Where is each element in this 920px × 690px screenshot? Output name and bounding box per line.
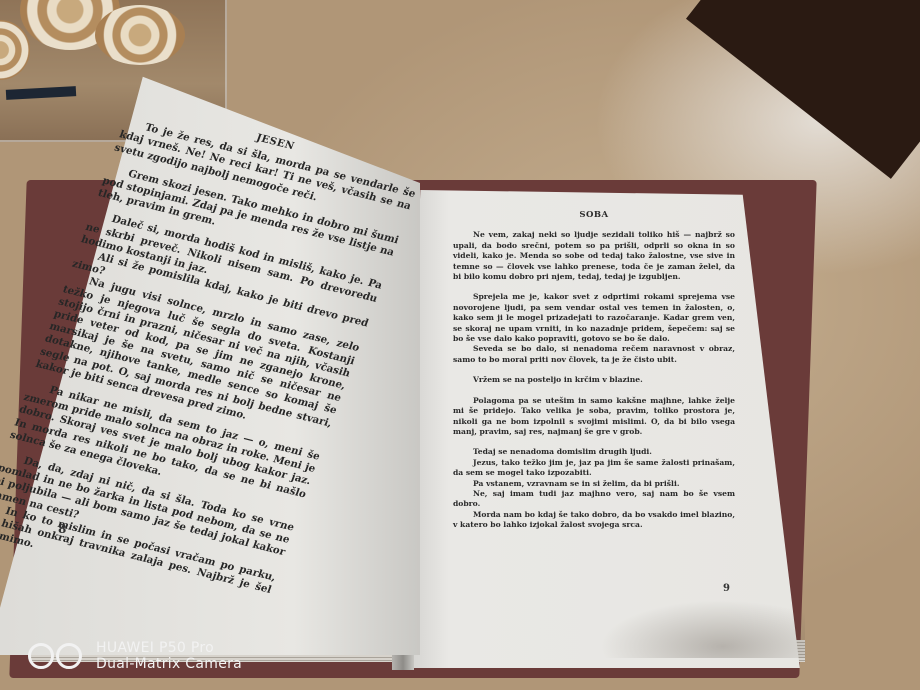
tray-label [6,86,76,100]
right-paragraph: Pa vstanem, vzravnam se in si želim, da … [453,479,735,489]
phone-shadow [600,600,805,658]
right-paragraph: Ne, saj imam tudi jaz majhno vero, saj n… [453,489,735,510]
right-paragraph: Ne vem, zakaj neki so ljudje sezidali to… [453,230,735,282]
cookie [95,5,185,65]
right-paragraph: Polagoma pa se utešim in samo kakšne maj… [453,396,735,438]
dual-lens-icon [28,643,82,669]
watermark-subtitle: Dual-Matrix Camera [96,656,242,672]
left-page-number: 8 [58,522,66,536]
right-paragraph: Seveda se bo dalo, si nenadoma rečem nar… [453,344,735,365]
right-page-text: SOBA Ne vem, zakaj neki so ljudje sezida… [453,210,735,531]
right-paragraph: Morda nam bo kdaj še tako dobro, da bo v… [453,510,735,531]
camera-watermark: HUAWEI P50 Pro Dual-Matrix Camera [28,640,242,672]
right-paragraph: Sprejela me je, kakor svet z odprtimi ro… [453,292,735,344]
watermark-model: HUAWEI P50 Pro [96,640,242,656]
right-paragraph: Tedaj se nenadoma domislim drugih ljudi. [453,447,735,457]
right-paragraph: Jezus, tako težko jim je, jaz pa jim še … [453,458,735,479]
right-page-title: SOBA [453,210,735,220]
right-page-number: 9 [723,583,730,594]
right-paragraph: Vržem se na posteljo in krčim v blazine. [453,375,735,385]
